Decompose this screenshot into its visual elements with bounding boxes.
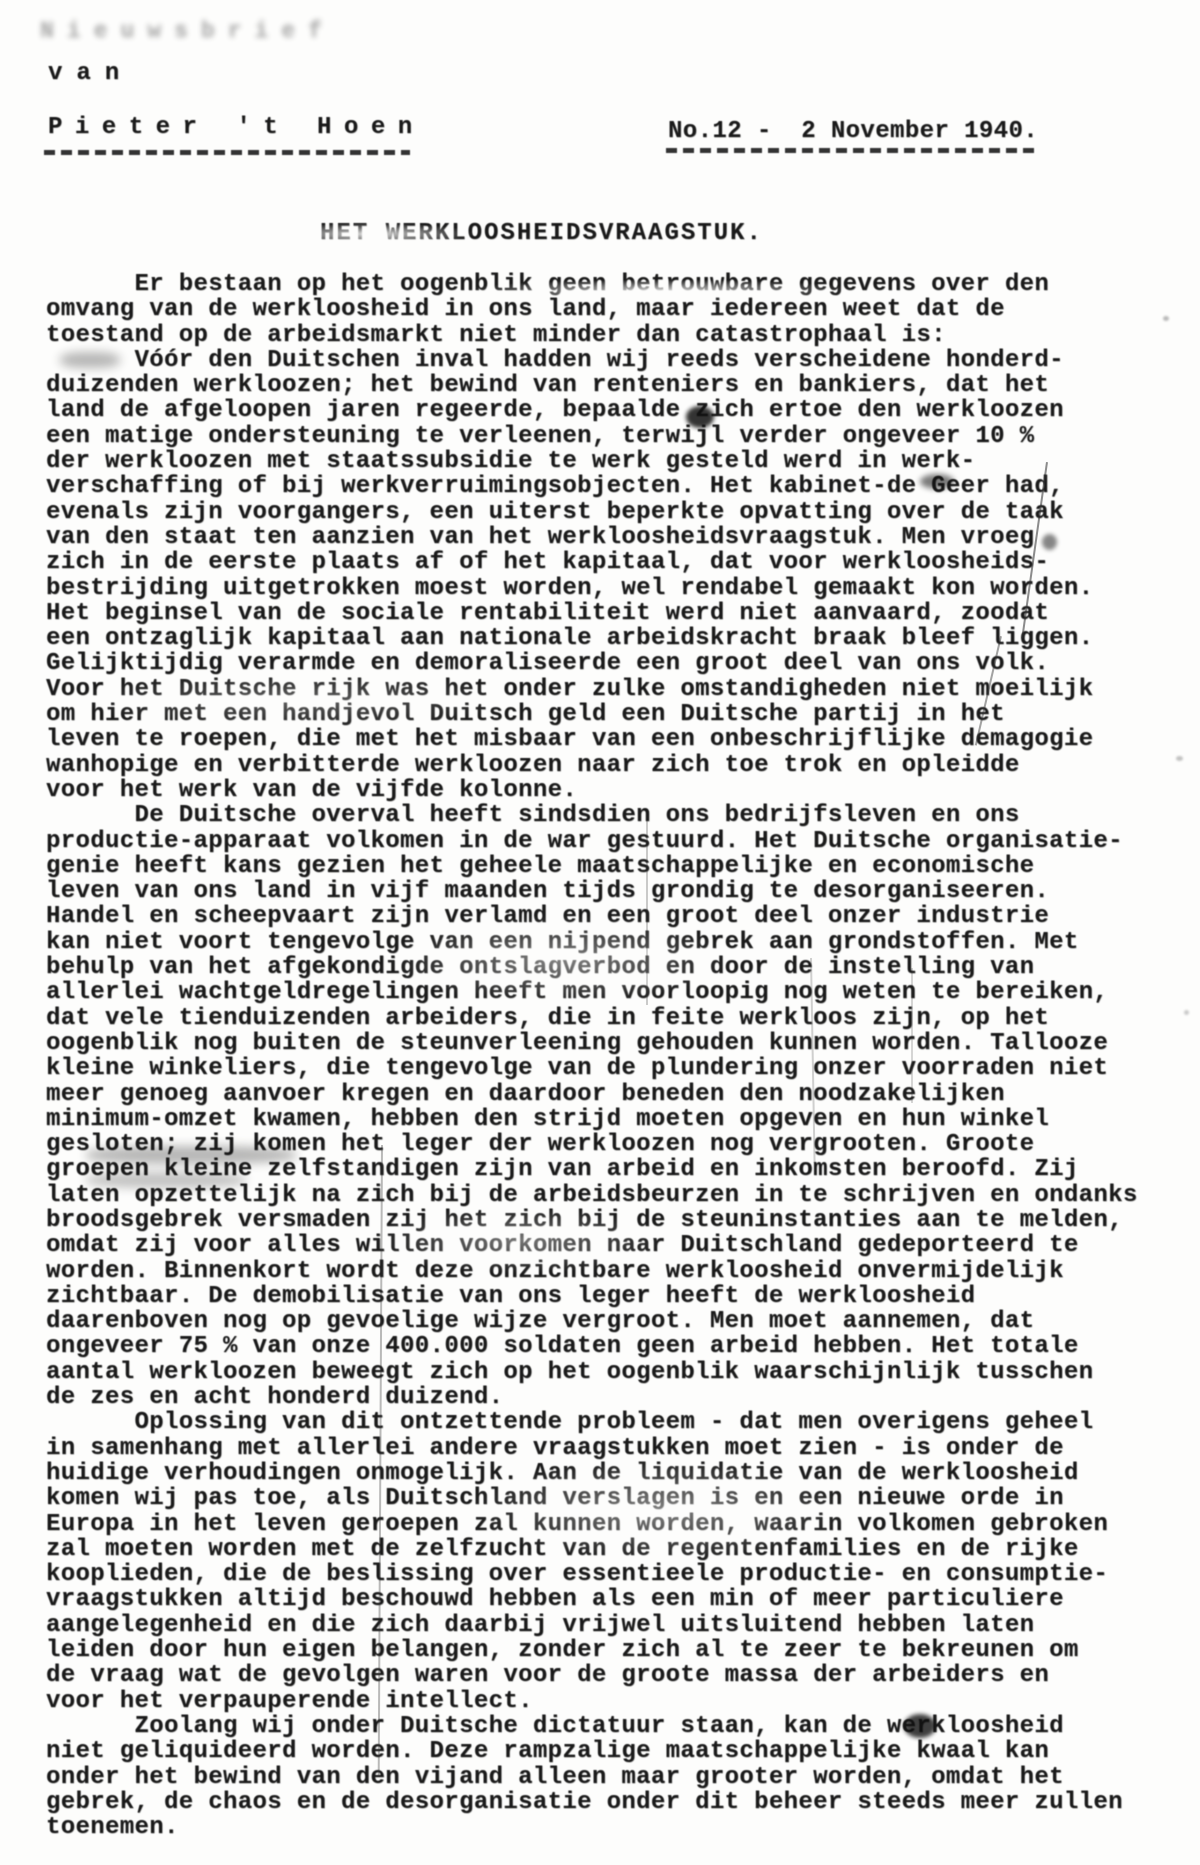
scan-speck <box>1176 756 1183 761</box>
ink-blot <box>920 474 954 489</box>
body-line: De Duitsche overval heeft sindsdien ons … <box>46 803 1186 828</box>
body-line: leiden door hun eigen belangen, zonder z… <box>46 1638 1186 1663</box>
body-line: genie heeft kans gezien het geheele maat… <box>46 854 1186 879</box>
body-line: een matige ondersteuning te verleenen, t… <box>46 424 1186 449</box>
body-line: de zes en acht honderd duizend. <box>46 1385 1186 1410</box>
body-line: voor het verpauperende intellect. <box>46 1689 1186 1714</box>
body-line: wanhopige en verbitterde werkloozen naar… <box>46 753 1186 778</box>
body-line: toestand op de arbeidsmarkt niet minder … <box>46 323 1186 348</box>
masthead-faded-title: Nieuwsbrief <box>40 18 335 44</box>
body-line: Vóór den Duitschen inval hadden wij reed… <box>46 348 1186 373</box>
ink-blot <box>686 406 714 428</box>
body-line: kleine winkeliers, die tengevolge van de… <box>46 1056 1186 1081</box>
body-line: omvang van de werkloosheid in ons land, … <box>46 297 1186 322</box>
scan-speck <box>1163 316 1169 321</box>
body-line: onder het bewind van den vijand alleen m… <box>46 1765 1186 1790</box>
masthead-prefix: van <box>48 60 133 87</box>
body-line: omdat zij voor alles willen voorkomen na… <box>46 1233 1186 1258</box>
body-line: minimum-omzet kwamen, hebben den strijd … <box>46 1107 1186 1132</box>
body-line: niet geliquideerd worden. Deze rampzalig… <box>46 1739 1186 1764</box>
body-line: land de afgeloopen jaren regeerde, bepaa… <box>46 398 1186 423</box>
body-line: daarenboven nog op gevoelige wijze vergr… <box>46 1309 1186 1334</box>
body-line: verschaffing of bij werkverruimingsobjec… <box>46 474 1186 499</box>
dashed-rule-left <box>44 150 410 155</box>
body-line: zal moeten worden met de zelfzucht van d… <box>46 1537 1186 1562</box>
body-line: vraagstukken altijd beschouwd hebben als… <box>46 1587 1186 1612</box>
body-line: aantal werkloozen beweegt zich op het oo… <box>46 1360 1186 1385</box>
dashed-rule-right <box>666 148 1036 153</box>
body-line: Zoolang wij onder Duitsche dictatuur sta… <box>46 1714 1186 1739</box>
masthead-author: Pieter 't Hoen <box>48 114 425 141</box>
issue-number-and-date: No.12 - 2 November 1940. <box>668 118 1038 145</box>
body-line: kan niet voort tengevolge van een nijpen… <box>46 930 1186 955</box>
body-line: evenals zijn voorgangers, een uiterst be… <box>46 500 1186 525</box>
body-line: productie-apparaat volkomen in de war ge… <box>46 829 1186 854</box>
body-line: gebrek, de chaos en de desorganisatie on… <box>46 1790 1186 1815</box>
body-line: van den staat ten aanzien van het werklo… <box>46 525 1186 550</box>
body-line: een ontzaglijk kapitaal aan nationale ar… <box>46 626 1186 651</box>
body-line: dat vele tienduizenden arbeiders, die in… <box>46 1006 1186 1031</box>
body-line: kooplieden, die de beslissing over essen… <box>46 1562 1186 1587</box>
scan-speck <box>1184 1010 1189 1015</box>
body-line: aangelegenheid en die zich daarbij vrijw… <box>46 1613 1186 1638</box>
scan-crease <box>911 968 913 1103</box>
body-line: Gelijktijdig verarmde en demoraliseerde … <box>46 651 1186 676</box>
body-line: der werkloozen met staatssubsidie te wer… <box>46 449 1186 474</box>
ink-smudge <box>60 352 120 368</box>
body-line: zich in de eerste plaats af of het kapit… <box>46 550 1186 575</box>
body-line: ongeveer 75 % van onze 400.000 soldaten … <box>46 1334 1186 1359</box>
scan-crease <box>646 820 648 1005</box>
ink-blot <box>904 1714 936 1738</box>
article-body: Er bestaan op het oogenblik geen betrouw… <box>46 272 1186 1840</box>
body-line: bestrijding uitgetrokken moest worden, w… <box>46 576 1186 601</box>
body-line: Voor het Duitsche rijk was het onder zul… <box>46 677 1186 702</box>
body-line: toenemen. <box>46 1815 1186 1840</box>
body-line: behulp van het afgekondigde ontslagverbo… <box>46 955 1186 980</box>
body-line: worden. Binnenkort wordt deze onzichtbar… <box>46 1259 1186 1284</box>
body-line: zichtbaar. De demobilisatie van ons lege… <box>46 1284 1186 1309</box>
ink-smudge <box>86 1172 246 1188</box>
scanned-page: Nieuwsbrief van Pieter 't Hoen No.12 - 2… <box>0 0 1200 1865</box>
body-line: in samenhang met allerlei andere vraagst… <box>46 1436 1186 1461</box>
ink-smudge <box>86 1146 296 1164</box>
article-title: HET WERKLOOSHEIDSVRAAGSTUK. <box>320 220 763 247</box>
body-line: Oplossing van dit ontzettende probleem -… <box>46 1410 1186 1435</box>
body-line: komen wij pas toe, als Duitschland versl… <box>46 1486 1186 1511</box>
body-line: Europa in het leven geroepen zal kunnen … <box>46 1512 1186 1537</box>
body-line: meer genoeg aanvoer kregen en daardoor b… <box>46 1082 1186 1107</box>
body-line: oogenblik nog buiten de steunverleening … <box>46 1031 1186 1056</box>
body-line: huidige verhoudingen onmogelijk. Aan de … <box>46 1461 1186 1486</box>
body-line: voor het werk van de vijfde kolonne. <box>46 778 1186 803</box>
body-line: broodsgebrek versmaden zij het zich bij … <box>46 1208 1186 1233</box>
body-line: Handel en scheepvaart zijn verlamd en ee… <box>46 904 1186 929</box>
body-line: leven van ons land in vijf maanden tijds… <box>46 879 1186 904</box>
body-line: de vraag wat de gevolgen waren voor de g… <box>46 1663 1186 1688</box>
body-line: Er bestaan op het oogenblik geen betrouw… <box>46 272 1186 297</box>
body-line: leven te roepen, die met het misbaar van… <box>46 727 1186 752</box>
ink-blot <box>1042 534 1057 550</box>
body-line: duizenden werkloozen; het bewind van ren… <box>46 373 1186 398</box>
body-line: om hier met een handjevol Duitsch geld e… <box>46 702 1186 727</box>
body-line: allerlei wachtgeldregelingen heeft men v… <box>46 980 1186 1005</box>
body-line: Het beginsel van de sociale rentabilitei… <box>46 601 1186 626</box>
